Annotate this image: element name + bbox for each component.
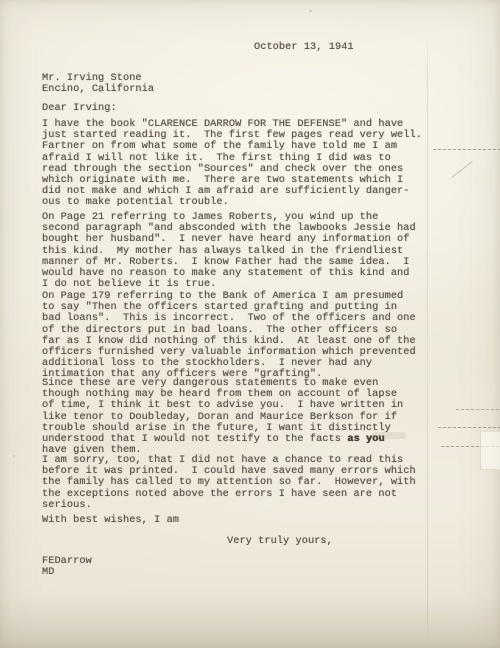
signature-initials: MD — [42, 567, 54, 578]
body-paragraph: I am sorry, too, that I did not have a c… — [42, 455, 416, 511]
scan-edge-line — [427, 34, 428, 640]
body-line: ous to make potential trouble. — [42, 197, 422, 208]
body-line: of time, I think it best to advise you. … — [42, 400, 403, 411]
scan-artifact-line — [438, 427, 500, 428]
body-line: the exceptions noted above the errors I … — [42, 489, 416, 500]
paper-speck — [309, 10, 312, 12]
salutation: Dear Irving: — [42, 103, 117, 114]
valediction: Very truly yours, — [227, 536, 333, 547]
body-line: bought her husband". I never have heard … — [42, 234, 416, 245]
scan-artifact-line — [456, 409, 500, 410]
body-line: I do not believe it is true. — [42, 279, 416, 290]
scan-artifact-line — [433, 149, 500, 150]
scratch-mark — [451, 161, 472, 178]
body-line: the family has called to my attention so… — [42, 477, 416, 488]
letter-page: October 13, 1941 Mr. Irving Stone Encino… — [0, 0, 500, 648]
erasure-smudge — [372, 432, 406, 439]
body-line: bad loans". This is incorrect. Two of th… — [42, 313, 416, 324]
body-paragraph: On Page 21 referring to James Roberts, y… — [42, 212, 416, 290]
body-line: serious. — [42, 500, 416, 511]
page-bottom-shadow — [0, 595, 500, 648]
body-paragraph: Since these are very dangerous statement… — [42, 378, 403, 456]
body-paragraph: I have the book "CLARENCE DARROW FOR THE… — [42, 119, 422, 209]
body-line: Fartner on from what some of the family … — [42, 141, 422, 152]
body-paragraph: On Page 179 referring to the Bank of Ame… — [42, 291, 416, 381]
letter-date: October 13, 1941 — [254, 42, 354, 53]
paper-tab-patch — [480, 431, 500, 470]
closing-line: With best wishes, I am — [42, 515, 179, 526]
paper-speck — [13, 455, 15, 457]
